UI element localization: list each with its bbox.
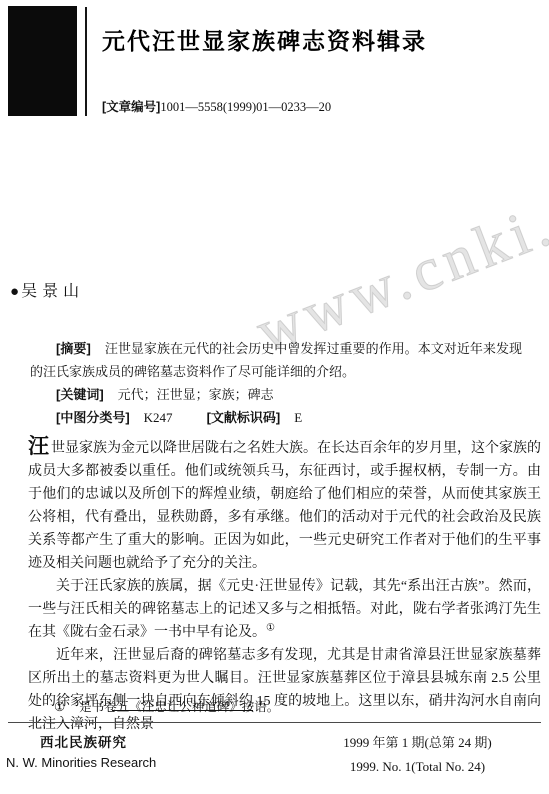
footnote-marker: ① [54, 700, 65, 714]
author-bullet-icon: ● [10, 284, 19, 300]
clc-label: [中图分类号] [56, 410, 130, 425]
journal-name-en: N. W. Minorities Research [6, 755, 156, 770]
clc-value: K247 [144, 410, 173, 425]
article-number-value: 1001—5558(1999)01—0233—20 [160, 100, 331, 114]
journal-page: 元代汪世显家族碑志资料辑录 [文章编号]1001—5558(1999)01—02… [0, 0, 549, 794]
keywords-line: [关键词]元代；汪世显；家族；碑志 [30, 383, 522, 406]
footer-rule [8, 722, 541, 723]
abstract-text: 汪世显家族在元代的社会历史中曾发挥过重要的作用。本文对近年来发现的汪氏家族成员的… [30, 341, 522, 379]
footnote-text: 是书卷五《汪忠让公神道碑》按语。 [79, 700, 279, 714]
abstract-paragraph: [摘要]汪世显家族在元代的社会历史中曾发挥过重要的作用。本文对近年来发现的汪氏家… [30, 337, 522, 383]
classification-line: [中图分类号]K247[文献标识码]E [30, 406, 522, 429]
footnote-reference: ① [266, 622, 275, 633]
page-title: 元代汪世显家族碑志资料辑录 [102, 23, 542, 56]
author-name: 吴景山 [21, 283, 84, 300]
paragraph-2-text: 关于汪氏家族的族属，据《元史·汪世显传》记载，其先“系出汪古族”。然而，一些与汪… [28, 579, 541, 640]
keywords-value: 元代；汪世显；家族；碑志 [118, 387, 274, 402]
body-paragraph-1: 汪世显家族为金元以降世居陇右之名姓大族。在长达百余年的岁月里，这个家族的成员大多… [28, 434, 541, 575]
article-number-label: [文章编号] [102, 100, 160, 114]
article-number: [文章编号]1001—5558(1999)01—0233—20 [102, 97, 331, 115]
journal-name-cn: 西北民族研究 [40, 731, 127, 751]
paragraph-lead-char: 汪 [28, 434, 49, 458]
cnki-watermark: www.cnki.net [247, 157, 549, 358]
body-paragraph-2: 关于汪氏家族的族属，据《元史·汪世显传》记载，其先“系出汪古族”。然而，一些与汪… [28, 575, 541, 644]
article-body: 汪世显家族为金元以降世居陇右之名姓大族。在长达百余年的岁月里，这个家族的成员大多… [28, 434, 541, 736]
author-line: ●吴景山 [10, 278, 84, 301]
doc-code-label: [文献标识码] [207, 410, 281, 425]
doc-code-value: E [294, 410, 302, 425]
footnote: ①是书卷五《汪忠让公神道碑》按语。 [30, 697, 530, 717]
title-divider-rule [85, 7, 87, 116]
black-corner-block [8, 6, 77, 116]
abstract-block: [摘要]汪世显家族在元代的社会历史中曾发挥过重要的作用。本文对近年来发现的汪氏家… [30, 337, 522, 429]
keywords-label: [关键词] [56, 387, 104, 402]
issue-info-cn: 1999 年第 1 期(总第 24 期) [330, 731, 505, 755]
issue-info: 1999 年第 1 期(总第 24 期) 1999. No. 1(Total N… [330, 731, 505, 779]
paragraph-1-text: 世显家族为金元以降世居陇右之名姓大族。在长达百余年的岁月里，这个家族的成员大多都… [28, 441, 541, 571]
abstract-label: [摘要] [56, 341, 91, 356]
issue-info-en: 1999. No. 1(Total No. 24) [330, 755, 505, 779]
